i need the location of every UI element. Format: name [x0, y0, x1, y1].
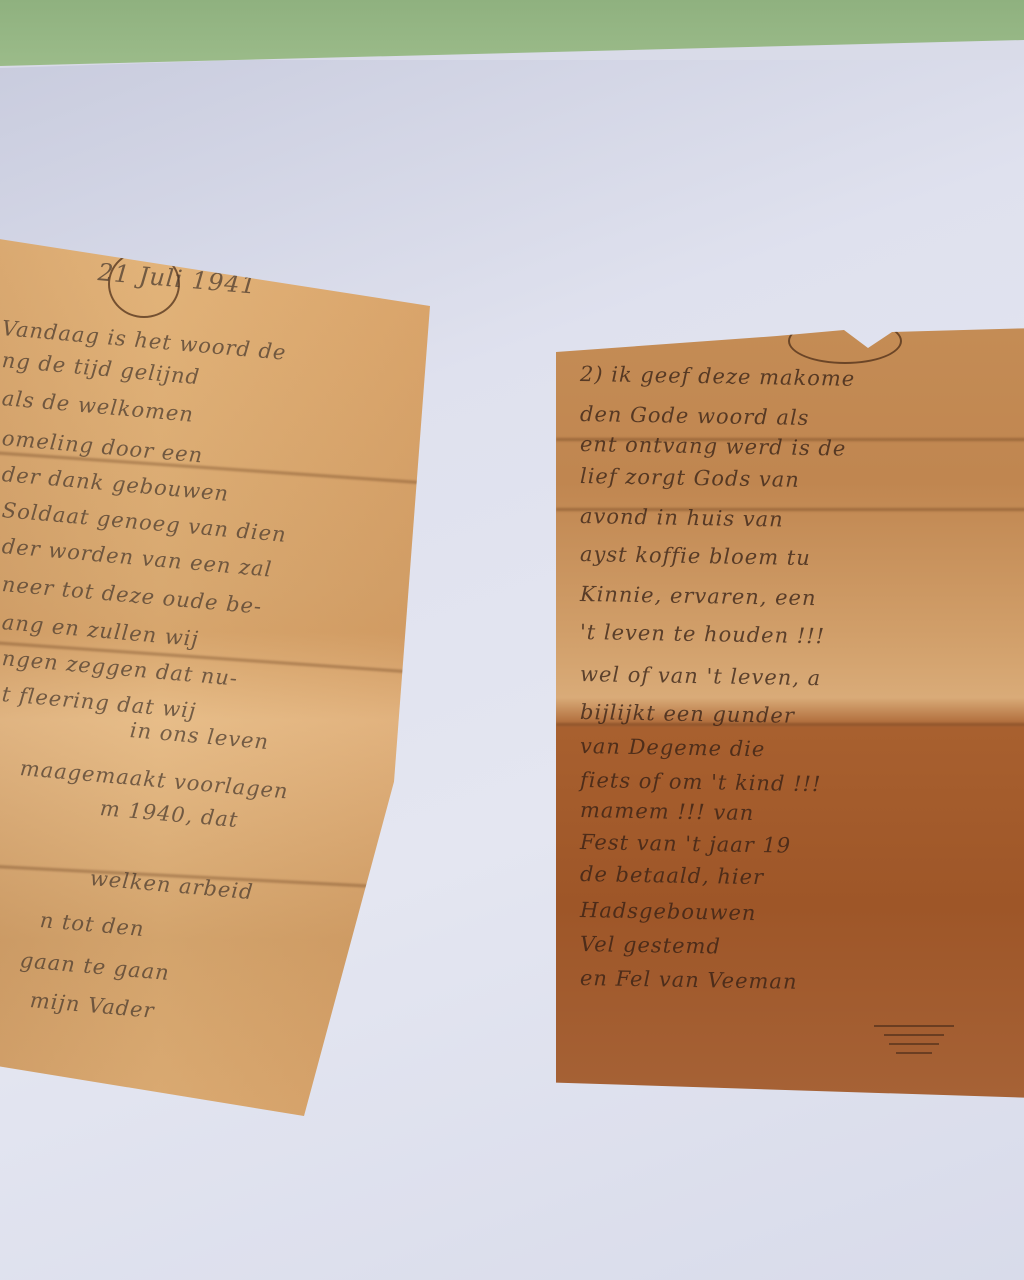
handwriting-line: den Gode woord als: [580, 402, 810, 430]
handwriting-line: welken arbeid: [89, 866, 255, 904]
handwriting-line: Vel gestemd: [580, 932, 721, 958]
handwriting-line: bijlijkt een gunder: [580, 700, 795, 728]
letter-right: 2) ik geef deze makome den Gode woord al…: [556, 328, 1024, 1098]
handwriting-line: ayst koffie bloem tu: [580, 542, 811, 570]
handwriting-line: 't leven te houden !!!: [580, 620, 826, 648]
handwriting-line: als de welkomen: [1, 386, 195, 427]
handwriting-line: mijn Vader: [29, 988, 156, 1023]
handwriting-line: wel of van 't leven, a: [580, 662, 822, 690]
signature-flourish: [874, 1018, 954, 1061]
handwriting-line: neer tot deze oude be-: [1, 572, 263, 619]
handwriting-line: Kinnie, ervaren, een: [580, 582, 817, 610]
handwriting-line: n tot den: [39, 908, 145, 941]
handwriting-line: de betaald, hier: [580, 862, 765, 889]
handwriting-line: avond in huis van: [580, 504, 784, 532]
handwriting-line: fiets of om 't kind !!!: [580, 768, 822, 796]
handwriting-line: Hadsgebouwen: [580, 898, 757, 925]
handwriting-line: en Fel van Veeman: [580, 966, 798, 994]
handwriting-line: ent ontvang werd is de: [580, 432, 847, 461]
handwriting-line: gaan te gaan: [19, 948, 171, 985]
handwriting-line: van Degeme die: [580, 734, 766, 761]
handwriting-line: Fest van 't jaar 19: [580, 830, 792, 858]
handwriting-line: der dank gebouwen: [1, 462, 230, 506]
handwriting-line: lief zorgt Gods van: [580, 464, 800, 492]
handwriting-line: maagemaakt voorlagen: [19, 756, 290, 803]
handwriting-line: 2) ik geef deze makome: [580, 362, 856, 391]
handwriting-line: t fleering dat wij: [1, 682, 197, 723]
handwriting-line: mamem !!! van: [580, 798, 755, 825]
handwriting-line: m 1940, dat: [99, 796, 239, 832]
handwriting-line: in ons leven: [129, 718, 270, 754]
